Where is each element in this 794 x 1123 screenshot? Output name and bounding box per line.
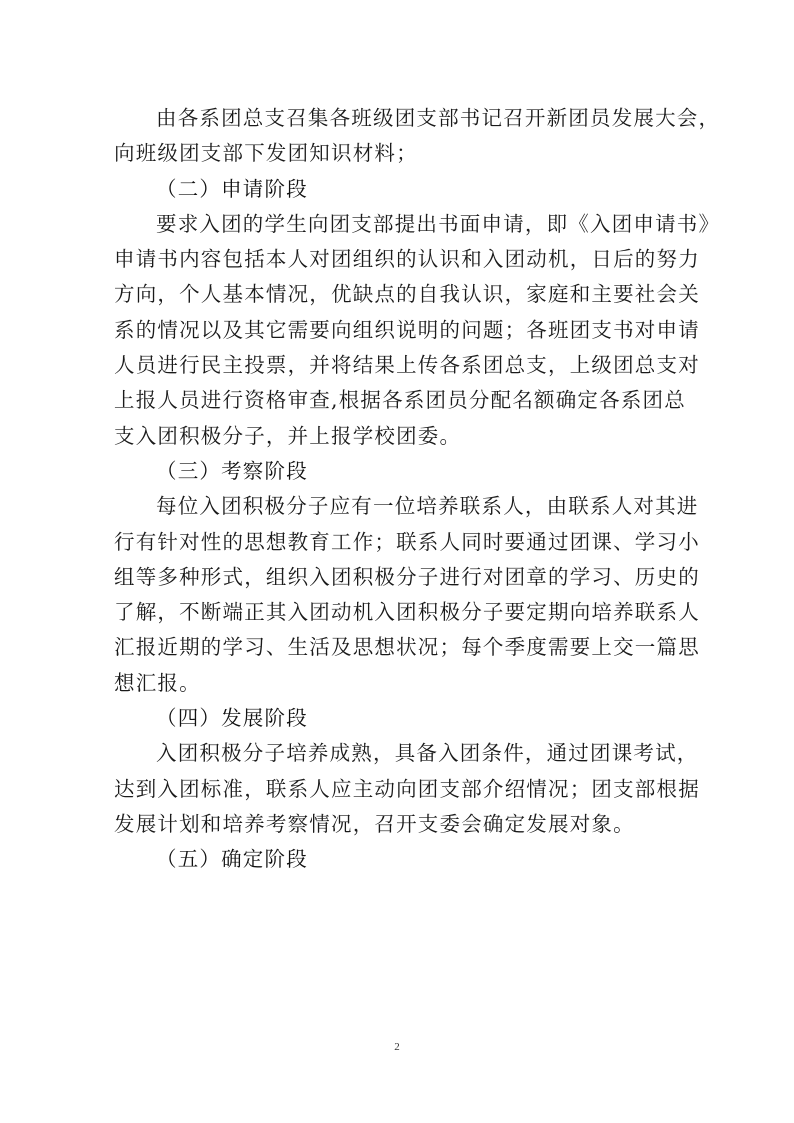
paragraph-line: 想汇报。 <box>114 666 684 701</box>
paragraph-line: 上报人员进行资格审查,根据各系团员分配名额确定各系团总 <box>114 383 684 418</box>
page-number: 2 <box>0 1041 794 1053</box>
paragraph-line: 组等多种形式，组织入团积极分子进行对团章的学习、历史的 <box>114 560 684 595</box>
paragraph-line: 入团积极分子培养成熟，具备入团条件，通过团课考试， <box>114 736 684 771</box>
paragraph-line: 达到入团标准，联系人应主动向团支部介绍情况；团支部根据 <box>114 772 684 807</box>
paragraph-line: 系的情况以及其它需要向组织说明的问题；各班团支书对申请 <box>114 313 684 348</box>
paragraph-line: 由各系团总支召集各班级团支部书记召开新团员发展大会， <box>114 101 684 136</box>
paragraph-line: 要求入团的学生向团支部提出书面申请，即《入团申请书》 <box>114 207 684 242</box>
paragraph-line: 人员进行民主投票，并将结果上传各系团总支，上级团总支对 <box>114 348 684 383</box>
section-heading-inspection: （三）考察阶段 <box>114 454 684 489</box>
paragraph-line: 每位入团积极分子应有一位培养联系人，由联系人对其进 <box>114 489 684 524</box>
document-page: 由各系团总支召集各班级团支部书记召开新团员发展大会， 向班级团支部下发团知识材料… <box>114 101 684 878</box>
paragraph-line: 申请书内容包括本人对团组织的认识和入团动机，日后的努力 <box>114 242 684 277</box>
paragraph-line: 向班级团支部下发团知识材料； <box>114 136 684 171</box>
paragraph-line: 支入团积极分子，并上报学校团委。 <box>114 419 684 454</box>
paragraph-line: 汇报近期的学习、生活及思想状况；每个季度需要上交一篇思 <box>114 630 684 665</box>
section-heading-development: （四）发展阶段 <box>114 701 684 736</box>
paragraph-line: 方向，个人基本情况，优缺点的自我认识，家庭和主要社会关 <box>114 277 684 312</box>
paragraph-line: 发展计划和培养考察情况，召开支委会确定发展对象。 <box>114 807 684 842</box>
paragraph-line: 行有针对性的思想教育工作；联系人同时要通过团课、学习小 <box>114 525 684 560</box>
section-heading-confirmation: （五）确定阶段 <box>114 842 684 877</box>
section-heading-application: （二）申请阶段 <box>114 172 684 207</box>
paragraph-line: 了解，不断端正其入团动机入团积极分子要定期向培养联系人 <box>114 595 684 630</box>
